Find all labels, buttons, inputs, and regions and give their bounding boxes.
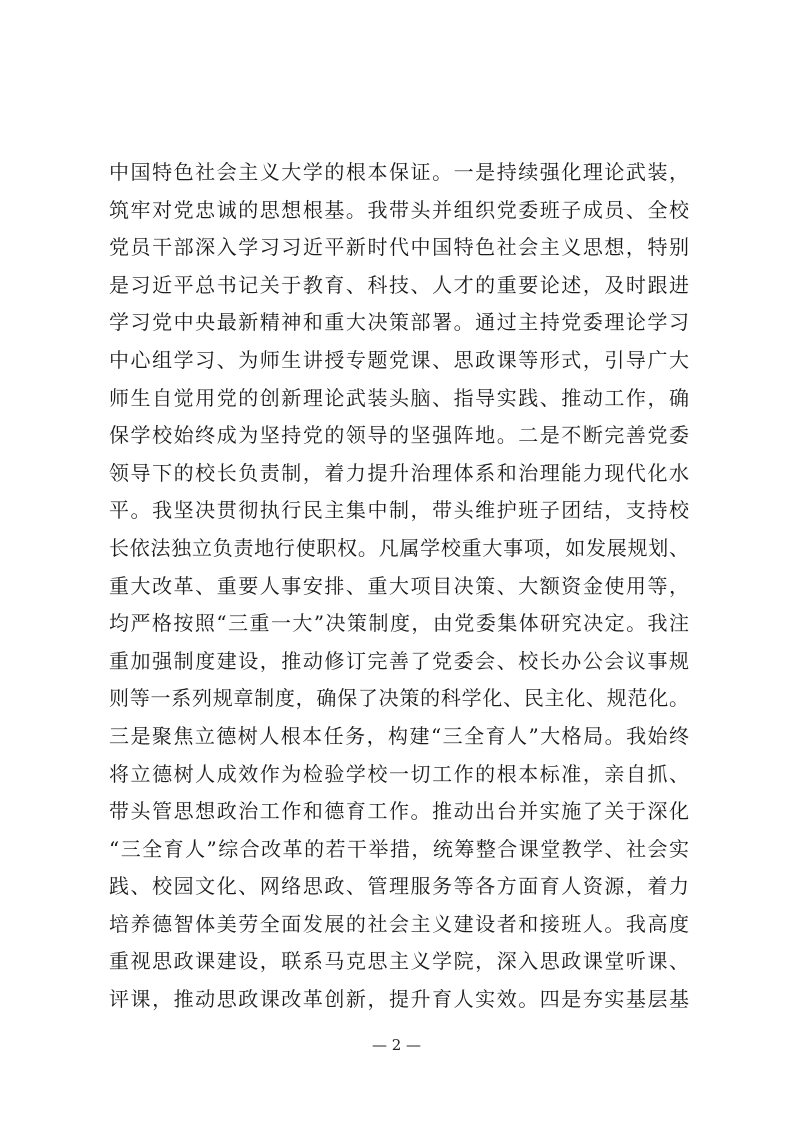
text-line: 学习党中央最新精神和重大决策部署。通过主持党委理论学习 bbox=[109, 304, 689, 342]
text-line: 中国特色社会主义大学的根本保证。一是持续强化理论武装， bbox=[109, 154, 689, 192]
text-line: 党员干部深入学习习近平新时代中国特色社会主义思想，特别 bbox=[109, 229, 689, 267]
text-line: 是习近平总书记关于教育、科技、人才的重要论述，及时跟进 bbox=[109, 267, 689, 305]
text-line: 重大改革、重要人事安排、重大项目决策、大额资金使用等， bbox=[109, 568, 689, 606]
body-text: 中国特色社会主义大学的根本保证。一是持续强化理论武装， 筑牢对党忠诚的思想根基。… bbox=[109, 154, 689, 1019]
page-number: — 2 — bbox=[0, 1036, 793, 1054]
text-line: 则等一系列规章制度，确保了决策的科学化、民主化、规范化。 bbox=[109, 680, 689, 718]
text-line: 长依法独立负责地行使职权。凡属学校重大事项，如发展规划、 bbox=[109, 530, 689, 568]
text-line: 将立德树人成效作为检验学校一切工作的根本标准，亲自抓、 bbox=[109, 756, 689, 794]
text-line: 培养德智体美劳全面发展的社会主义建设者和接班人。我高度 bbox=[109, 906, 689, 944]
text-line: 平。我坚决贯彻执行民主集中制，带头维护班子团结，支持校 bbox=[109, 492, 689, 530]
text-line: 保学校始终成为坚持党的领导的坚强阵地。二是不断完善党委 bbox=[109, 417, 689, 455]
document-page: 中国特色社会主义大学的根本保证。一是持续强化理论武装， 筑牢对党忠诚的思想根基。… bbox=[0, 0, 793, 1122]
text-line: 三是聚焦立德树人根本任务，构建“三全育人”大格局。我始终 bbox=[109, 718, 689, 756]
text-line: 均严格按照“三重一大”决策制度，由党委集体研究决定。我注 bbox=[109, 605, 689, 643]
text-line: 重加强制度建设，推动修订完善了党委会、校长办公会议事规 bbox=[109, 643, 689, 681]
text-line: 带头管思想政治工作和德育工作。推动出台并实施了关于深化 bbox=[109, 793, 689, 831]
text-line: 践、校园文化、网络思政、管理服务等各方面育人资源，着力 bbox=[109, 868, 689, 906]
text-line: 中心组学习、为师生讲授专题党课、思政课等形式，引导广大 bbox=[109, 342, 689, 380]
text-line: “三全育人”综合改革的若干举措，统筹整合课堂教学、社会实 bbox=[109, 831, 689, 869]
text-line: 评课，推动思政课改革创新，提升育人实效。四是夯实基层基 bbox=[109, 981, 689, 1019]
text-line: 筑牢对党忠诚的思想根基。我带头并组织党委班子成员、全校 bbox=[109, 192, 689, 230]
text-line: 重视思政课建设，联系马克思主义学院，深入思政课堂听课、 bbox=[109, 943, 689, 981]
text-line: 师生自觉用党的创新理论武装头脑、指导实践、推动工作，确 bbox=[109, 380, 689, 418]
text-line: 领导下的校长负责制，着力提升治理体系和治理能力现代化水 bbox=[109, 455, 689, 493]
